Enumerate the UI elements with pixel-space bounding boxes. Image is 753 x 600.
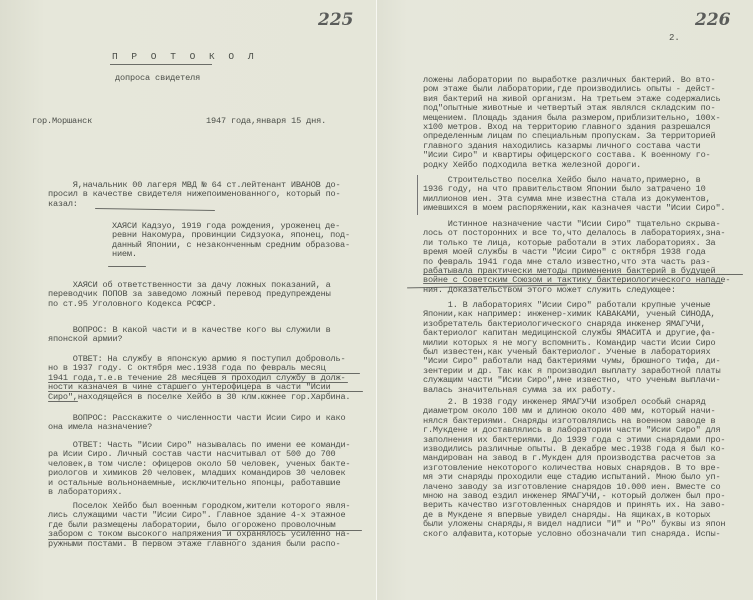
answer-1: ОТВЕТ: На службу в японскую армию я пост… (48, 355, 350, 402)
page-subtitle: допроса свидетеля (115, 73, 200, 83)
point-1: 1. В лабораториях "Исии Сиро" работали к… (423, 301, 720, 395)
question-2: ВОПРОС: Расскажите о численности части И… (48, 414, 345, 433)
margin-mark (417, 175, 418, 215)
intro-paragraph: Я,начальник 00 лагеря МВД № 64 ст.лейтен… (48, 181, 340, 209)
page-2: 226 2. ложены лаборатории по выработке р… (377, 0, 753, 600)
floors-paragraph: ложены лаборатории по выработке различны… (423, 76, 720, 170)
archive-number: 225 (318, 10, 354, 30)
title-underline (110, 64, 212, 65)
warning-paragraph: ХАЯСИ об ответственности за дачу ложных … (48, 281, 331, 309)
pencil-underline (48, 401, 78, 402)
witness-paragraph: ХАЯСИ Кадзуо, 1919 года рождения, урожен… (112, 222, 350, 260)
pencil-mark (108, 266, 146, 267)
place: гор.Моршанск (32, 116, 92, 126)
archive-number: 226 (695, 10, 731, 30)
point-2: 2. В 1938 году инженер ЯМАГУЧИ изобрел о… (423, 398, 725, 539)
page-number: 2. (669, 33, 680, 43)
construction-paragraph: Строительство поселка Хейбо было начато,… (423, 176, 725, 214)
date: 1947 года,января 15 дня. (206, 116, 326, 126)
page-title: П Р О Т О К О Л (112, 51, 258, 62)
question-1: ВОПРОС: В какой части и в качестве кого … (48, 326, 331, 345)
page-1: 225 П Р О Т О К О Л допроса свидетеля го… (0, 0, 376, 600)
document-spread: 225 П Р О Т О К О Л допроса свидетеля го… (0, 0, 753, 600)
answer-2: ОТВЕТ: Часть "Исии Сиро" называлась по и… (48, 441, 350, 497)
heibo-paragraph: Поселок Хейбо был военным городком,жител… (48, 502, 350, 549)
